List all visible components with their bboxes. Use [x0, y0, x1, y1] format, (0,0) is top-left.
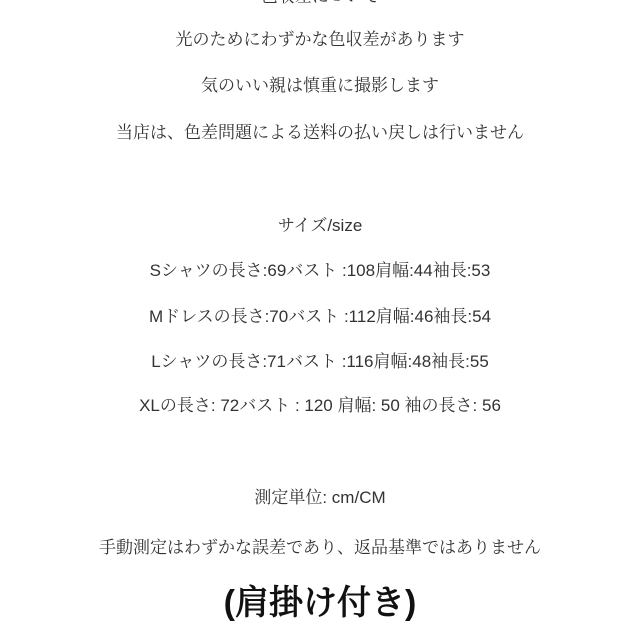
note-color-aberration: 光のためにわずかな色収差があります — [0, 30, 640, 50]
measurement-unit: 測定単位: cm/CM — [0, 488, 640, 508]
size-row-s: Sシャツの長さ:69バスト :108肩幅:44袖長:53 — [0, 261, 640, 281]
measurement-disclaimer: 手動測定はわずかな誤差であり、返品基準ではありません — [0, 538, 640, 558]
size-row-xl: XLの長さ: 72バスト : 120 肩幅: 50 袖の長さ: 56 — [0, 396, 640, 416]
size-row-l: Lシャツの長さ:71バスト :116肩幅:48袖長:55 — [0, 352, 640, 372]
shoulder-strap-highlight: (肩掛け付き) — [0, 583, 640, 623]
product-description-page: 色収差について 光のためにわずかな色収差があります 気のいい親は慎重に撮影します… — [0, 0, 640, 640]
clipped-header-line: 色収差について — [0, 0, 640, 7]
note-shipping-refund-policy: 当店は、色差問題による送料の払い戻しは行いません — [0, 123, 640, 143]
size-row-m: Mドレスの長さ:70バスト :112肩幅:46袖長:54 — [0, 307, 640, 327]
size-section-heading: サイズ/size — [0, 216, 640, 236]
note-careful-photography: 気のいい親は慎重に撮影します — [0, 76, 640, 96]
